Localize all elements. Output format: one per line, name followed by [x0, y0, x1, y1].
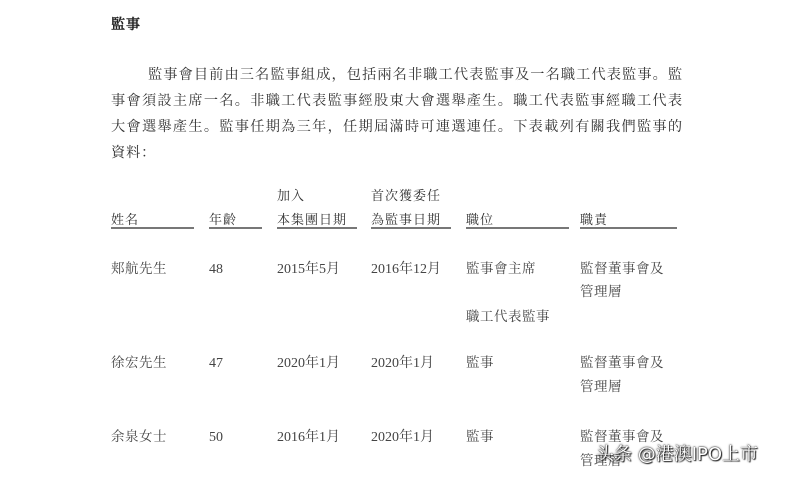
cell-age: 47: [209, 352, 223, 375]
cell-responsibility: 監督董事會及: [580, 258, 664, 281]
cell-appointment-date: 2020年1月: [371, 352, 434, 375]
cell-join-date: 2016年1月: [277, 426, 340, 449]
header-underline: [277, 227, 357, 229]
document-page: 監事 監事會目前由三名監事組成，包括兩名非職工代表監事及一名職工代表監事。監事會…: [0, 0, 790, 479]
header-underline: [580, 227, 677, 229]
header-underline: [209, 227, 262, 229]
header-name: 姓名: [111, 209, 139, 228]
header-appointment-date-line2: 為監事日期: [371, 209, 441, 228]
watermark: 头条 @港澳IPO上市: [596, 440, 758, 466]
cell-position: 監事會主席: [466, 258, 536, 281]
cell-join-date: 2015年5月: [277, 258, 340, 281]
header-underline: [466, 227, 569, 229]
cell-position: 監事: [466, 352, 494, 375]
cell-age: 50: [209, 426, 223, 449]
header-position: 職位: [466, 209, 494, 228]
cell-responsibility: 監督董事會及: [580, 352, 664, 375]
cell-name: 徐宏先生: [111, 352, 167, 375]
cell-name: 郏航先生: [111, 258, 167, 281]
cell-responsibility-cont: 管理層: [580, 376, 622, 399]
header-age: 年齡: [209, 209, 237, 228]
cell-appointment-date: 2020年1月: [371, 426, 434, 449]
header-join-date-line2: 本集團日期: [277, 209, 347, 228]
cell-appointment-date: 2016年12月: [371, 258, 441, 281]
cell-responsibility-cont: 管理層: [580, 281, 622, 304]
cell-position-secondary: 職工代表監事: [466, 306, 550, 329]
intro-paragraph: 監事會目前由三名監事組成，包括兩名非職工代表監事及一名職工代表監事。監事會須設主…: [111, 62, 683, 166]
header-underline: [111, 227, 194, 229]
cell-join-date: 2020年1月: [277, 352, 340, 375]
header-responsibility: 職責: [580, 209, 608, 228]
cell-age: 48: [209, 258, 223, 281]
header-underline: [371, 227, 451, 229]
cell-position: 監事: [466, 426, 494, 449]
header-appointment-date-line1: 首次獲委任: [371, 185, 441, 204]
cell-name: 余泉女士: [111, 426, 167, 449]
section-title: 監事: [111, 14, 141, 34]
header-join-date-line1: 加入: [277, 185, 305, 204]
